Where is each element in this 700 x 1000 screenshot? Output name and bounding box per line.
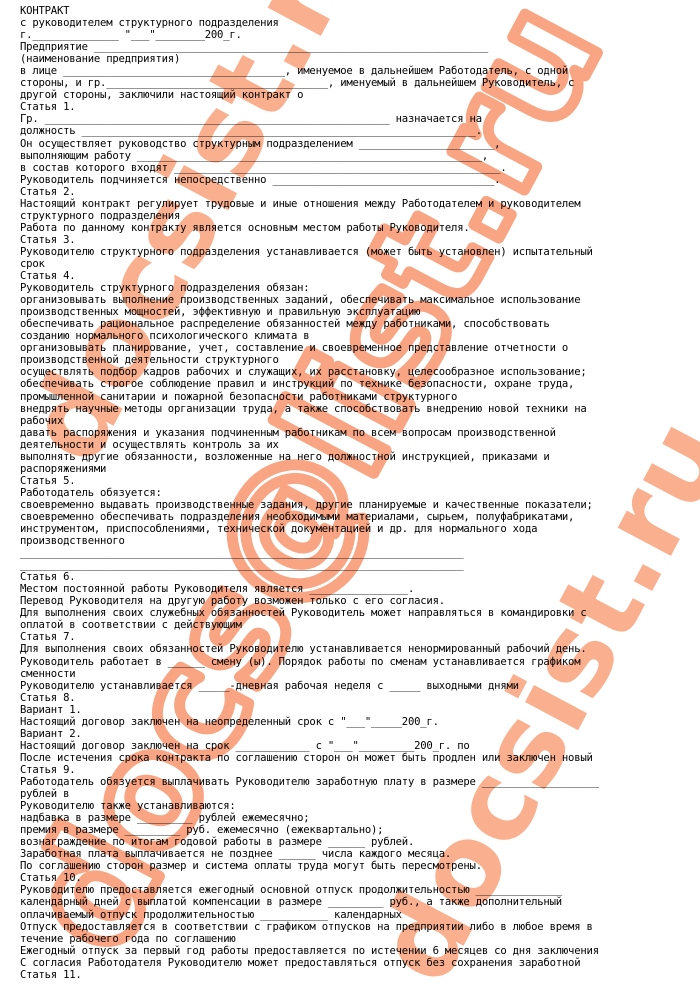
document-line: г.______________ "___"________200_г. xyxy=(20,29,700,41)
document-line: Вариант 2. xyxy=(20,728,700,740)
article-heading: Статья 7. xyxy=(20,631,700,643)
document-line: промышленной санитарии и пожарной безопа… xyxy=(20,391,700,403)
document-line: Для выполнения своих служебных обязаннос… xyxy=(20,607,700,619)
document-line: ________________________________________… xyxy=(20,559,700,571)
document-line: давать распоряжения и указания подчиненн… xyxy=(20,427,700,439)
document-line: обеспечивать рациональное распределение … xyxy=(20,318,700,330)
document-line: Руководитель работает в ______ смену (ы)… xyxy=(20,656,700,668)
document-line: осуществлять подбор кадров рабочих и слу… xyxy=(20,366,700,378)
document-line: выполнять другие обязанности, возложенны… xyxy=(20,451,700,463)
document-line: По соглашению сторон размер и система оп… xyxy=(20,860,700,872)
document-line: сменности xyxy=(20,668,700,680)
document-line: Ежегодный отпуск за первый год работы пр… xyxy=(20,945,700,957)
document-line: Предприятие ____________________________… xyxy=(20,41,700,53)
document-line: течение рабочего года по соглашению xyxy=(20,933,700,945)
document-line: распоряжениями xyxy=(20,463,700,475)
document-line: Настоящий договор заключен на неопределе… xyxy=(20,716,700,728)
document-line: Гр. ____________________________________… xyxy=(20,113,700,125)
document-line: с руководителем структурного подразделен… xyxy=(20,17,700,29)
contract-document: КОНТРАКТс руководителем структурного под… xyxy=(20,5,700,981)
document-line: деятельности и осуществлять контроль за … xyxy=(20,439,700,451)
document-line: Заработная плата выплачивается не поздне… xyxy=(20,848,700,860)
document-line: Работодатель обязуется выплачивать Руков… xyxy=(20,776,700,788)
document-line: производственного xyxy=(20,535,700,547)
article-heading: Статья 3. xyxy=(20,234,700,246)
article-heading: Статья 11. xyxy=(20,969,700,981)
document-line: рабочих xyxy=(20,415,700,427)
document-line: оплачиваемый отпуск продолжительностью _… xyxy=(20,909,700,921)
article-heading: Статья 4. xyxy=(20,270,700,282)
document-line: в лице _________________________________… xyxy=(20,65,700,77)
document-line: должность ______________________________… xyxy=(20,125,700,137)
document-line: (наименование предприятия) xyxy=(20,53,700,65)
document-line: календарный дней с выплатой компенсации … xyxy=(20,896,700,908)
document-line: вознаграждение по итогам годовой работы … xyxy=(20,836,700,848)
document-line: инструментом, приспособлениями, техничес… xyxy=(20,523,700,535)
document-line: рублей в xyxy=(20,788,700,800)
document-line: С согласия Работодателя Руководителю мож… xyxy=(20,957,700,969)
document-line: Руководителю устанавливается _____-дневн… xyxy=(20,680,700,692)
document-line: другой стороны, заключили настоящий конт… xyxy=(20,89,700,101)
document-line: оплатой в соответствии с действующим xyxy=(20,619,700,631)
document-line: Работа по данному контракту является осн… xyxy=(20,222,700,234)
document-line: Вариант 1. xyxy=(20,704,700,716)
document-line: обеспечивать строгое соблюдение правил и… xyxy=(20,378,700,390)
document-line: организовывать планирование, учет, соста… xyxy=(20,342,700,354)
document-line: срок xyxy=(20,258,700,270)
article-heading: Статья 10. xyxy=(20,872,700,884)
document-line: Руководителю предоставляется ежегодный о… xyxy=(20,884,700,896)
document-line: После истечения срока контракта по согла… xyxy=(20,752,700,764)
document-line: производственной деятельности структурно… xyxy=(20,354,700,366)
document-line: Он осуществляет руководство структурным … xyxy=(20,138,700,150)
document-line: ________________________________________… xyxy=(20,547,700,559)
document-line: Настоящий контракт регулирует трудовые и… xyxy=(20,198,700,210)
document-line: Местом постоянной работы Руководителя яв… xyxy=(20,583,700,595)
document-line: Руководителю структурного подразделения … xyxy=(20,246,700,258)
document-line: надбавка в размере _________ рублей ежем… xyxy=(20,812,700,824)
article-heading: Статья 9. xyxy=(20,764,700,776)
article-heading: Статья 1. xyxy=(20,101,700,113)
document-line: КОНТРАКТ xyxy=(20,5,700,17)
document-line: Руководитель структурного подразделения … xyxy=(20,282,700,294)
document-line: в состав которого входят _______________… xyxy=(20,162,700,174)
article-heading: Статья 8. xyxy=(20,692,700,704)
document-line: производственных мощностей, эффективную … xyxy=(20,306,700,318)
document-line: Работодатель обязуется: xyxy=(20,487,700,499)
article-heading: Статья 6. xyxy=(20,571,700,583)
document-line: своевременно обеспечивать подразделения … xyxy=(20,511,700,523)
document-line: Руководитель подчиняется непосредственно… xyxy=(20,174,700,186)
document-line: Перевод Руководителя на другую работу во… xyxy=(20,595,700,607)
document-line: организовывать выполнение производственн… xyxy=(20,294,700,306)
document-line: внедрять научные методы организации труд… xyxy=(20,403,700,415)
document-line: своевременно выдавать производственные з… xyxy=(20,499,700,511)
document-line: Настоящий договор заключен на срок _____… xyxy=(20,740,700,752)
document-line: структурного подразделения xyxy=(20,210,700,222)
document-line: премия в размере _________ руб. ежемесяч… xyxy=(20,824,700,836)
article-heading: Статья 2. xyxy=(20,186,700,198)
document-line: Отпуск предоставляется в соответствии с … xyxy=(20,921,700,933)
document-line: созданию нормального психологического кл… xyxy=(20,330,700,342)
article-heading: Статья 5. xyxy=(20,475,700,487)
document-line: стороны, и гр.__________________________… xyxy=(20,77,700,89)
document-line: Для выполнения своих обязанностей Руково… xyxy=(20,643,700,655)
document-line: Руководителю также устанавливаются: xyxy=(20,800,700,812)
document-line: выполняющим работу _____________________… xyxy=(20,150,700,162)
